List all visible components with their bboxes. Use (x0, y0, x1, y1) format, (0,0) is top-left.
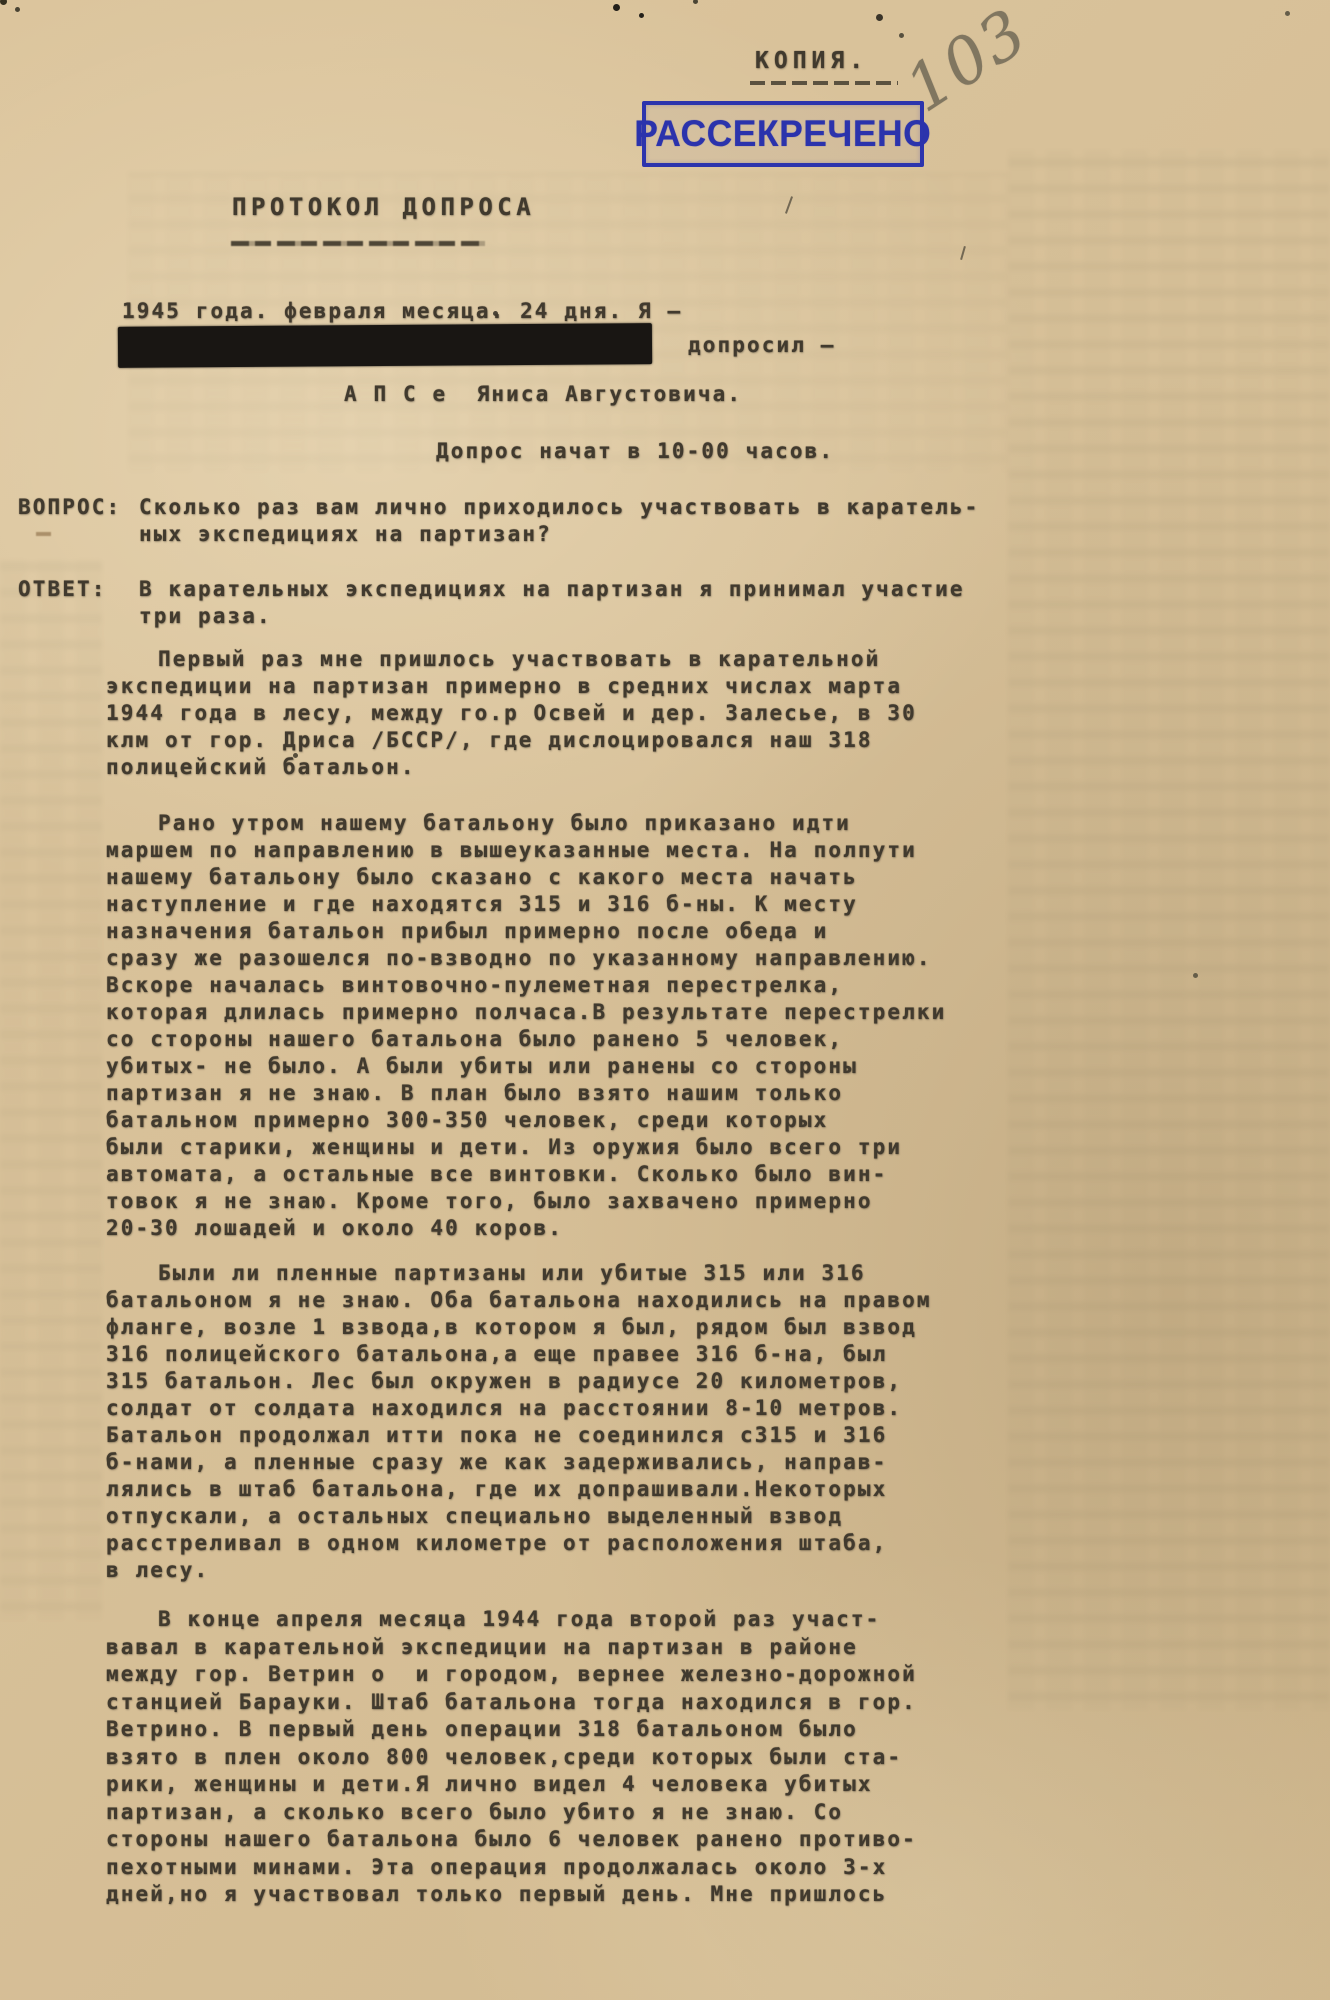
declassified-stamp: РАССЕКРЕЧЕНО (642, 101, 924, 167)
answer-text: В карательных экспедициях на партизан я … (139, 576, 1099, 630)
body-paragraph: Первый раз мне пришлось участвовать в ка… (106, 646, 1066, 781)
pen-slash-mark (785, 196, 793, 214)
interrogation-start-line: Допрос начат в 10-00 часов. (436, 438, 834, 465)
declassified-stamp-text: РАССЕКРЕЧЕНО (634, 113, 931, 155)
copy-label: КОПИЯ. (755, 48, 868, 75)
redaction-bar (118, 323, 652, 368)
bleedthrough-texture (0, 560, 102, 1620)
document-title: ПРОТОКОЛ ДОПРОСА (232, 194, 535, 221)
question-label: ВОПРОС: (18, 494, 121, 521)
stray-dash-mark (36, 532, 51, 536)
pen-slash-mark (960, 246, 966, 260)
body-paragraph: В конце апреля месяца 1944 года второй р… (106, 1606, 1066, 1909)
body-paragraph: Были ли пленные партизаны или убитые 315… (106, 1260, 1066, 1584)
question-text: Сколько раз вам лично приходилось участв… (139, 494, 1099, 548)
copy-label-underline (750, 81, 898, 85)
interrogator-line: допросил – (688, 332, 835, 359)
scanned-document-page: КОПИЯ. 103 РАССЕКРЕЧЕНО ПРОТОКОЛ ДОПРОСА… (0, 0, 1330, 2000)
body-paragraph: Рано утром нашему батальону было приказа… (106, 810, 1066, 1242)
date-line: 1945 года. февраля месяца. 24 дня. Я – (122, 298, 682, 325)
title-underline (231, 241, 485, 246)
answer-label: ОТВЕТ: (18, 576, 106, 603)
subject-name-line: А П С е Яниса Августовича. (344, 381, 742, 408)
